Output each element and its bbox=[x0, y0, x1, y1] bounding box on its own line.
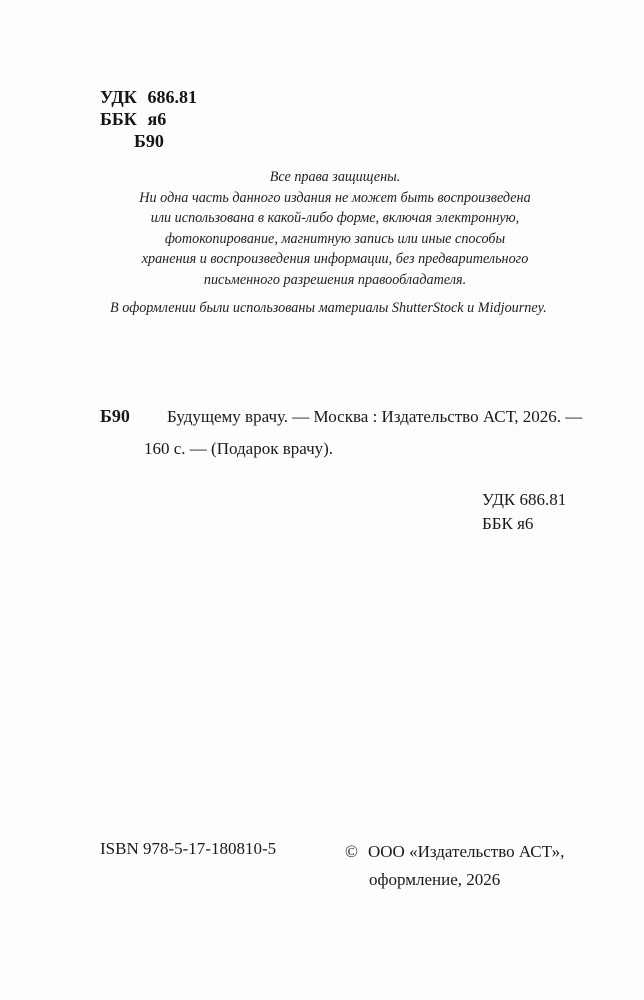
bbk-label: ББК bbox=[100, 108, 143, 130]
copyright-holder: ООО «Издательство АСТ», bbox=[368, 842, 564, 861]
udk-value: 686.81 bbox=[148, 87, 198, 107]
classification-block: УДК 686.81 ББК я6 Б90 bbox=[100, 86, 197, 152]
copyright-block: ©ООО «Издательство АСТ», оформление, 202… bbox=[345, 838, 564, 894]
rights-line: Все права защищены. bbox=[100, 167, 570, 188]
catalog-line-1: Будущему врачу. — Москва : Издательство … bbox=[167, 405, 582, 428]
catalog-line-2: 160 с. — (Подарок врачу). bbox=[144, 437, 333, 460]
rights-line: Ни одна часть данного издания не может б… bbox=[100, 188, 570, 209]
rights-line: письменного разрешения правообладателя. bbox=[100, 270, 570, 291]
isbn: ISBN 978-5-17-180810-5 bbox=[100, 838, 276, 860]
udk-label: УДК bbox=[100, 86, 143, 108]
rights-line: или использована в какой-либо форме, вкл… bbox=[100, 208, 570, 229]
rights-line: фотокопирование, магнитную запись или ин… bbox=[100, 229, 570, 250]
copyright-icon: © bbox=[345, 838, 368, 866]
imprint-page: УДК 686.81 ББК я6 Б90 Все права защищены… bbox=[0, 0, 644, 1000]
author-mark: Б90 bbox=[100, 130, 197, 152]
materials-note: В оформлении были использованы материалы… bbox=[110, 298, 547, 318]
bbk-row: ББК я6 bbox=[100, 108, 197, 130]
copyright-design-year: оформление, 2026 bbox=[345, 866, 564, 894]
classification-right: УДК 686.81 ББК я6 bbox=[482, 488, 566, 536]
catalog-code: Б90 bbox=[100, 405, 130, 428]
rights-line: хранения и воспроизведения информации, б… bbox=[100, 249, 570, 270]
bbk-right-line: ББК я6 bbox=[482, 512, 566, 536]
udk-right-line: УДК 686.81 bbox=[482, 488, 566, 512]
bbk-value: я6 bbox=[148, 109, 167, 129]
udk-row: УДК 686.81 bbox=[100, 86, 197, 108]
rights-notice: Все права защищены. Ни одна часть данног… bbox=[100, 167, 570, 290]
